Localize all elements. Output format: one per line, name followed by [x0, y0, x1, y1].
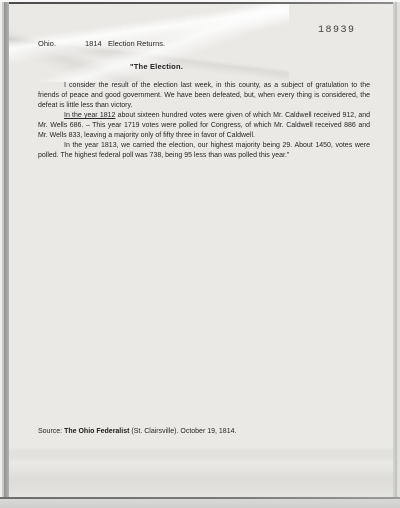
document-page: 18939 Ohio. 1814 Election Returns. "The …	[9, 4, 393, 497]
document-header: Ohio. 1814 Election Returns.	[38, 39, 258, 51]
source-citation: Source: The Ohio Federalist (St. Clairsv…	[38, 428, 236, 435]
article-body: I consider the result of the election la…	[38, 81, 370, 161]
paragraph-3-text: In the year 1813, we carried the electio…	[38, 142, 370, 159]
source-publication-name: The Ohio Federalist	[64, 428, 129, 435]
paragraph-3: In the year 1813, we carried the electio…	[38, 141, 370, 161]
article-title: "The Election.	[130, 62, 183, 71]
scan-edge-bottom-strip	[0, 499, 400, 508]
paragraph-1: I consider the result of the election la…	[38, 81, 370, 111]
paragraph-2: In the year 1812 about sixteen hundred v…	[38, 111, 370, 141]
paragraph-2-underlined-phrase: In the year 1812	[64, 112, 115, 119]
paragraph-1-text: I consider the result of the election la…	[38, 82, 370, 109]
header-state-label: Ohio.	[38, 39, 56, 48]
header-subject-label: Election Returns.	[108, 39, 165, 48]
scan-edge-left-band	[0, 2, 9, 499]
scan-edge-right-band	[393, 2, 400, 499]
source-suffix: (St. Clairsville). October 19, 1814.	[129, 428, 236, 435]
archive-stamp-number: 18939	[318, 25, 356, 36]
header-year-label: 1814	[85, 39, 102, 48]
scanned-document-screenshot: { "stamp": "18939", "header": { "state":…	[0, 0, 400, 508]
source-prefix: Source:	[38, 428, 64, 435]
scan-streak-artifact	[9, 427, 393, 497]
